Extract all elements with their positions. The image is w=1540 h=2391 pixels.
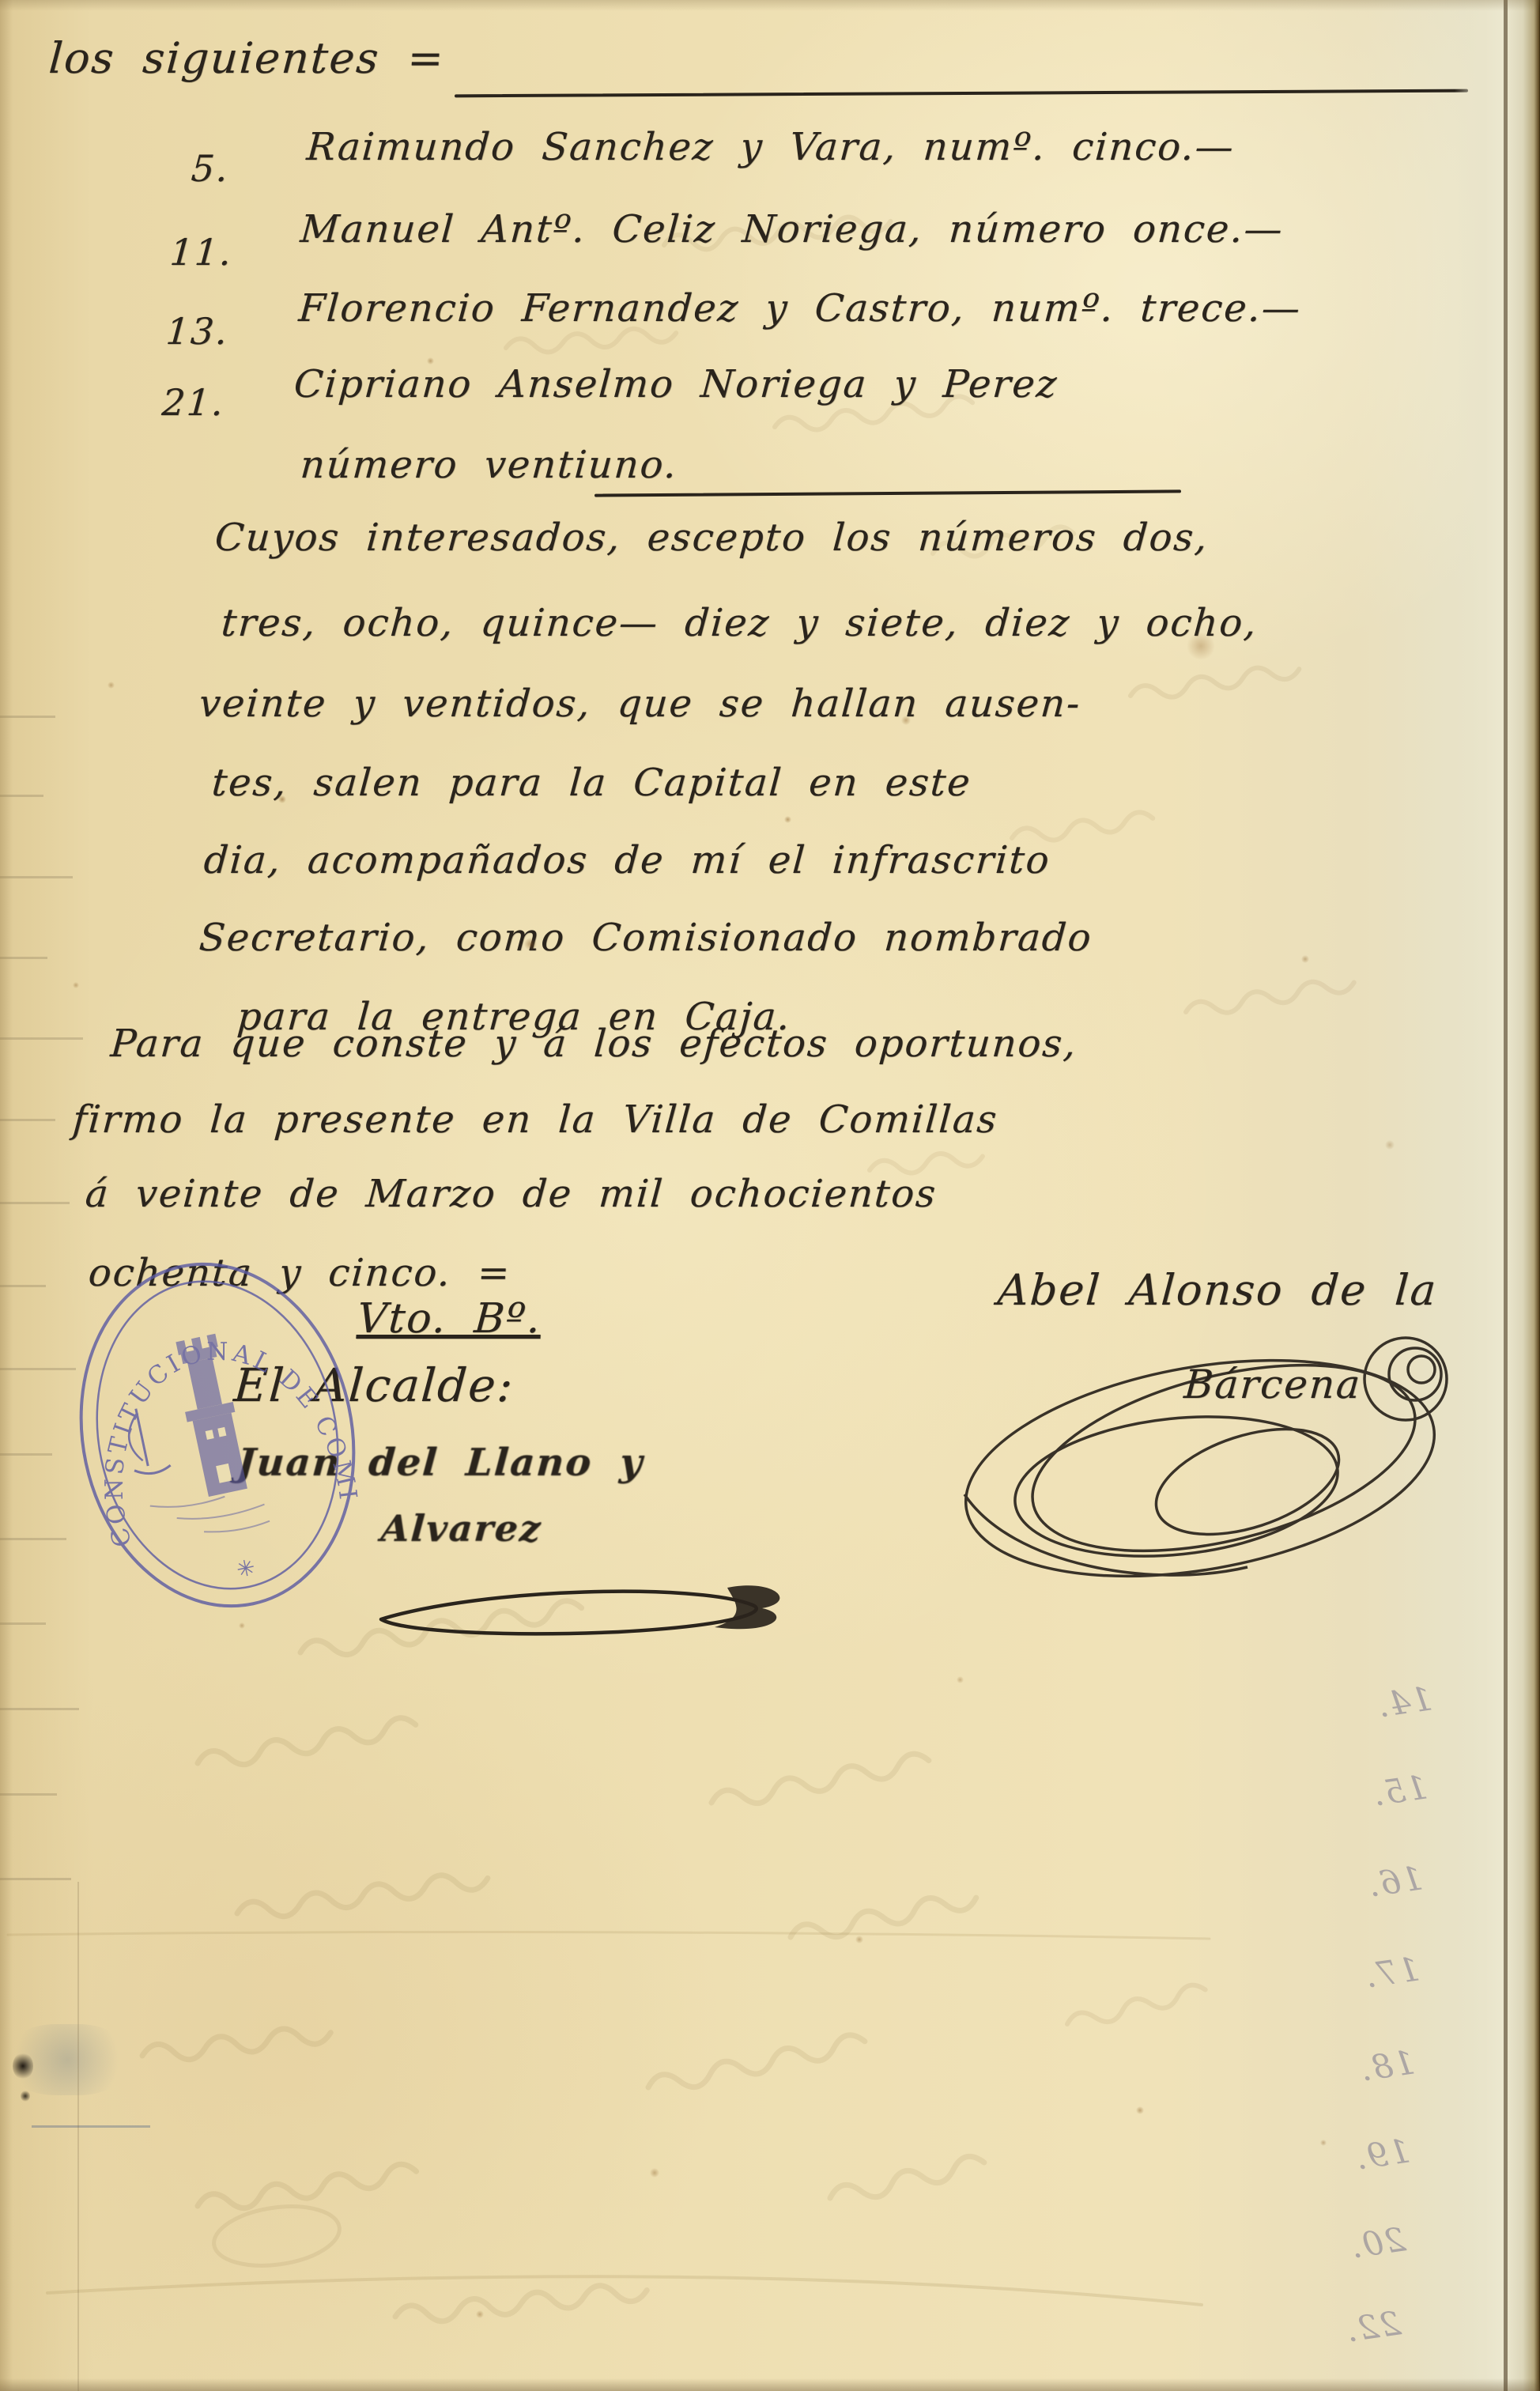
foxing-spot	[650, 2168, 659, 2178]
foxing-spot	[278, 795, 286, 803]
foxing-spot	[1186, 633, 1216, 659]
body-line: veinte y ventidos, que se hallan ausen-	[198, 682, 1082, 726]
foxing-spot	[476, 2310, 484, 2318]
bleed-number: 15.	[1370, 1767, 1430, 1813]
foxing-spot	[901, 716, 911, 725]
recruit-line: Florencio Fernandez y Castro, numº. trec…	[297, 286, 1303, 331]
visto-bueno: Vto. Bº.	[356, 1295, 543, 1343]
foxing-spot	[1320, 2140, 1327, 2146]
page-crease	[77, 1882, 79, 2391]
body-line: tes, salen para la Capital en este	[210, 761, 973, 805]
ink-smudge	[8, 2024, 126, 2095]
page-top-edge	[0, 0, 1540, 11]
body-line: Para que conste y á los efectos oportuno…	[109, 1022, 1078, 1066]
page-fold-line	[1504, 0, 1508, 2391]
bleed-number: 14.	[1375, 1679, 1435, 1724]
foxing-spot	[73, 982, 79, 988]
bleed-number: 16.	[1365, 1858, 1425, 1904]
recruit-line: número ventiuno.	[299, 443, 679, 487]
manuscript-page: 14. 15. 16. 17. 18. 19. 20. 22. los sigu…	[0, 0, 1540, 2391]
foxing-spot	[524, 938, 537, 950]
foxing-spot	[1385, 1140, 1395, 1150]
bleed-number: 18.	[1357, 2042, 1417, 2088]
foxing-spot	[1136, 2106, 1144, 2114]
body-line: firmo la presente en la Villa de Comilla…	[71, 1097, 999, 1142]
bleed-number: 22.	[1343, 2303, 1403, 2349]
intro-line: los siguientes =	[47, 33, 447, 83]
stamp-bottom-symbol: ✳	[234, 1554, 258, 1583]
margin-number: 11.	[168, 231, 234, 274]
body-line: Cuyos interesados, escepto los números d…	[213, 516, 1210, 560]
body-line: tres, ocho, quince— diez y siete, diez y…	[220, 601, 1259, 645]
margin-number: 5.	[190, 147, 231, 190]
body-line: á veinte de Marzo de mil ochocientos	[84, 1172, 938, 1216]
foxing-spot	[1301, 955, 1309, 963]
recruit-line: Cipriano Anselmo Noriega y Perez	[293, 362, 1059, 406]
bleed-number: 20.	[1348, 2219, 1408, 2265]
page-left-edge	[0, 0, 13, 2391]
foxing-spot	[108, 682, 115, 689]
alcalde-signature-line2: Alvarez	[379, 1507, 543, 1550]
recruit-line: Raimundo Sanchez y Vara, numº. cinco.—	[305, 125, 1236, 169]
bleed-rule-tick	[32, 2125, 150, 2128]
secretary-rubric-flourish	[915, 1306, 1500, 1622]
margin-number: 13.	[164, 310, 230, 353]
recruit-line: Manuel Antº. Celiz Noriega, número once.…	[299, 207, 1285, 251]
foxing-spot	[427, 357, 434, 365]
bleed-number: 17.	[1362, 1949, 1422, 1995]
alcalde-rubric-flourish	[357, 1559, 800, 1662]
foxing-spot	[239, 1622, 245, 1629]
foxing-spot	[957, 1676, 964, 1683]
bleed-number: 19.	[1353, 2131, 1413, 2177]
ink-blot	[21, 2091, 30, 2102]
page-right-edge	[1455, 0, 1540, 2391]
body-line: dia, acompañados de mí el infrascrito	[202, 838, 1052, 882]
secretary-signature-line2: Bárcena	[1183, 1362, 1363, 1407]
foxing-spot	[855, 1936, 863, 1943]
page-bottom-edge	[0, 2378, 1540, 2391]
foxing-spot	[784, 816, 791, 823]
margin-number: 21.	[160, 381, 226, 424]
body-line: Secretario, como Comisionado nombrado	[198, 916, 1094, 960]
